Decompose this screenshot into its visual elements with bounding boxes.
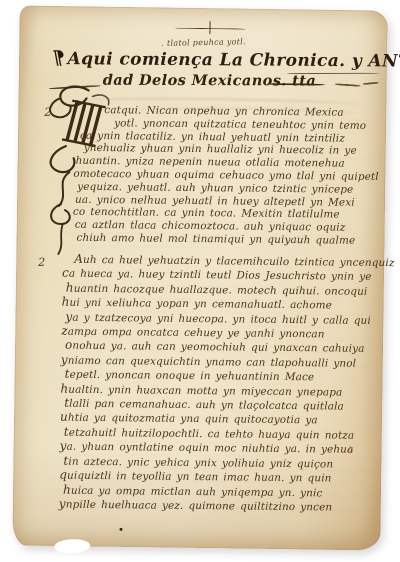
ink-dot — [119, 528, 122, 531]
manuscript-line: chiuh amo huel mol tinamiqui yn quiyauh … — [76, 232, 384, 248]
title-line-1-text: Aqui comiença La Chronica. y ANTigue — [67, 49, 400, 72]
flourish-line — [335, 83, 361, 87]
title-line-2: dad Delos Mexicanos. tta — [103, 72, 316, 90]
faint-red-mark: b — [347, 446, 354, 457]
margin-numeral: 2 — [38, 256, 45, 269]
manuscript-line: ynpille huelhuaca yez. quimone quiltitzi… — [59, 498, 381, 516]
paragraph-1: catqui. Nican onpehua yn chronica Mexica… — [62, 103, 386, 248]
flourish-line — [363, 82, 379, 85]
title-line-1: ¶Aqui comiença La Chronica. y ANTigue — [53, 47, 383, 71]
paragraph-mark-icon: ¶ — [53, 47, 66, 69]
manuscript-page: . tlatol peuhca yotl. ¶Aqui comiença La … — [12, 5, 388, 550]
paragraph-2: Auh ca huel yehuatzin y tlacemihcuilo tz… — [59, 252, 385, 516]
cross-mark-vertical — [209, 21, 210, 34]
gloss-annotation: . tlatol peuhca yotl. — [161, 37, 246, 48]
torn-edge-notch — [54, 539, 91, 554]
margin-numeral: 2 — [44, 106, 51, 119]
